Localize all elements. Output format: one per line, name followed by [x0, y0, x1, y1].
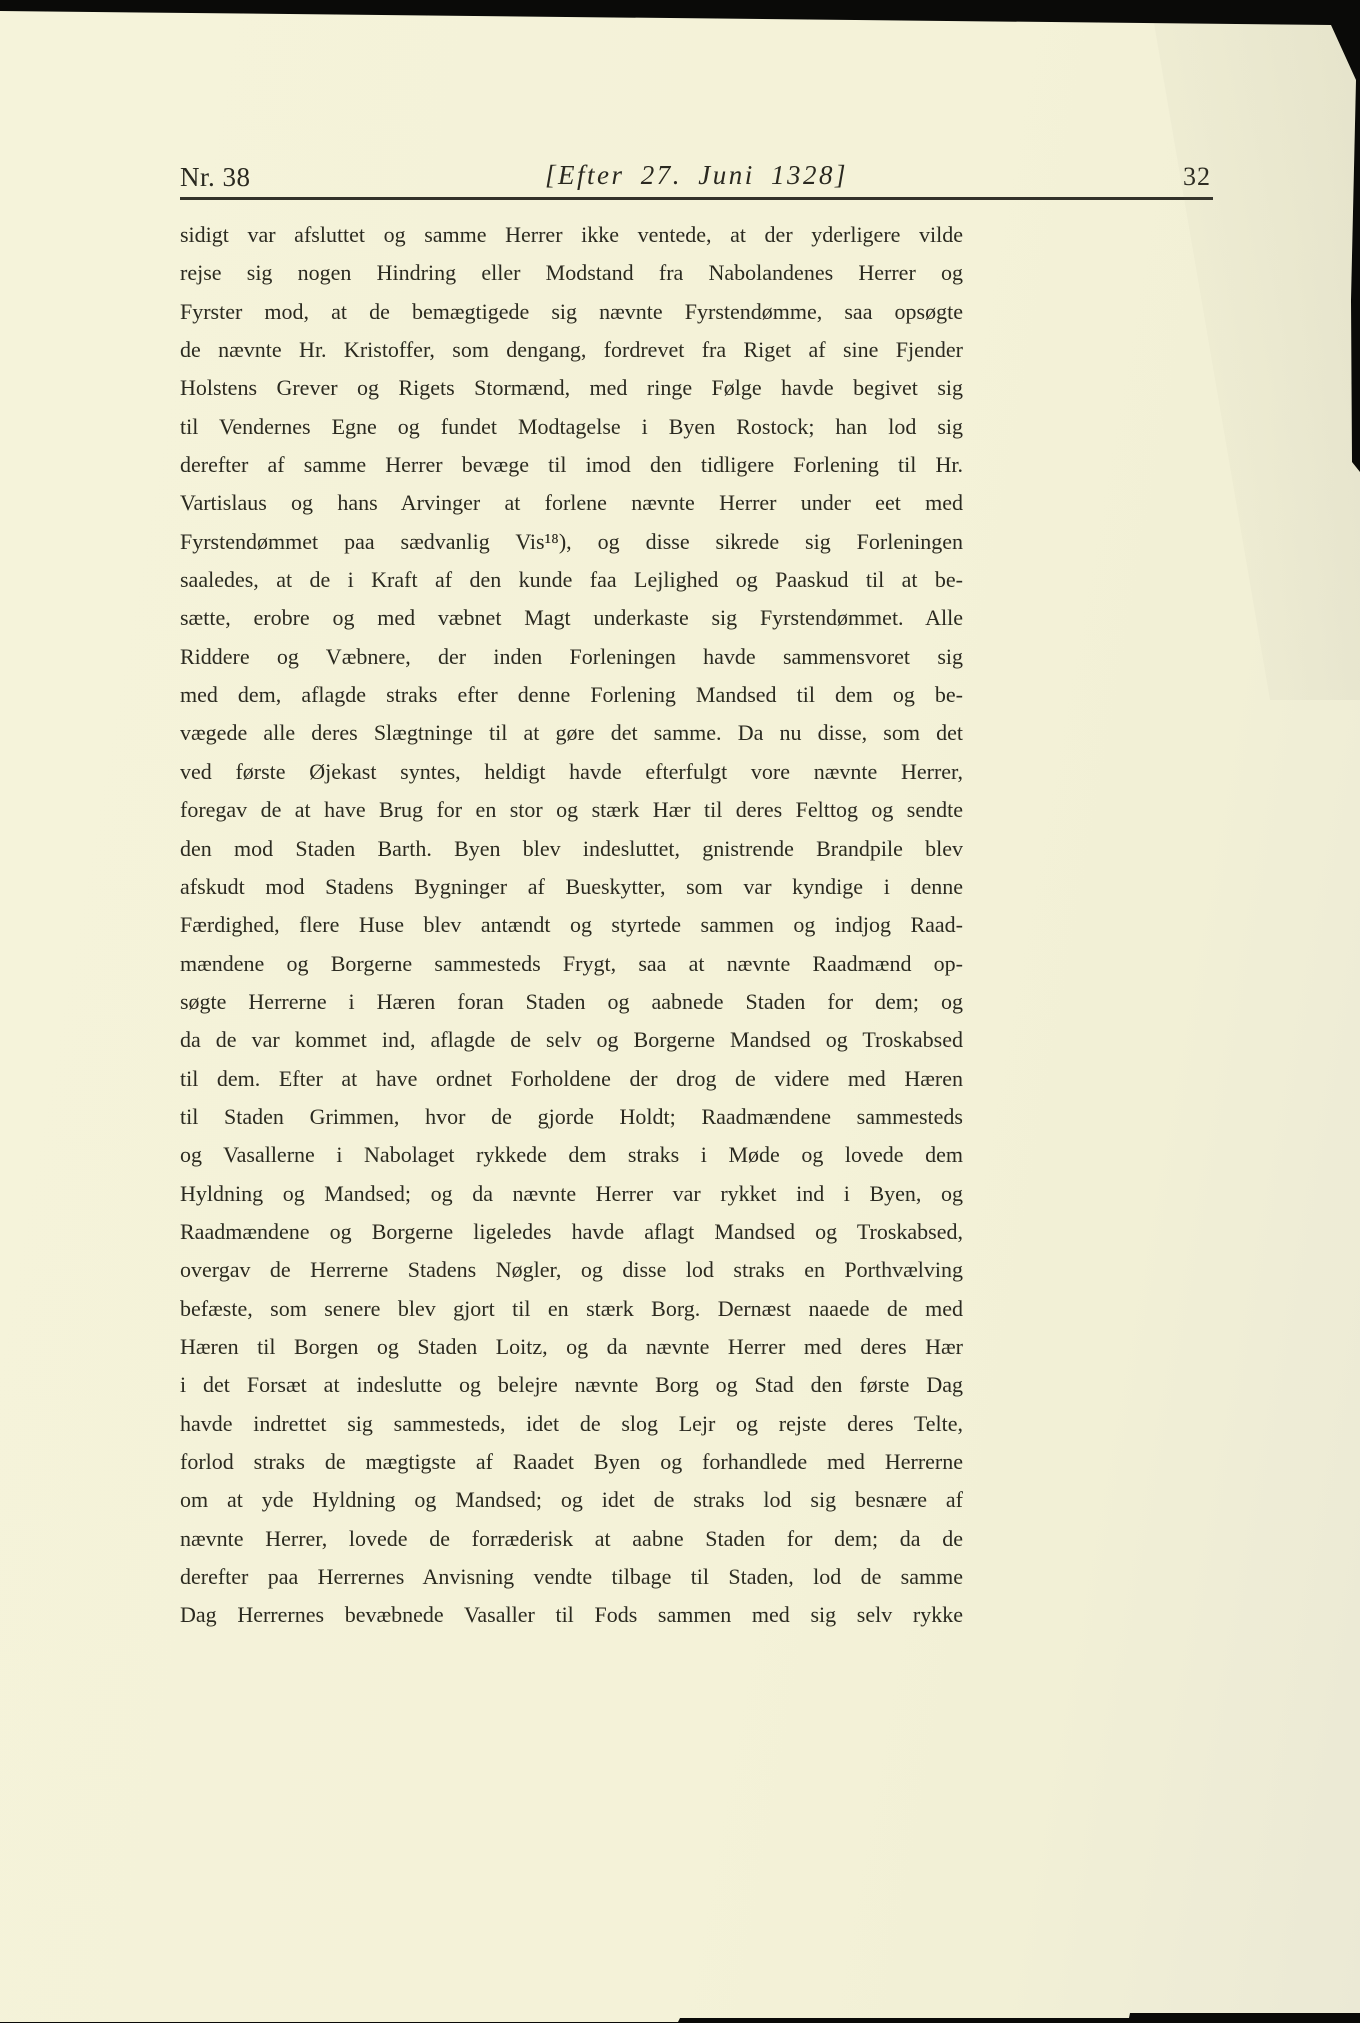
- text-line: de nævnte Hr. Kristoffer, som dengang, f…: [180, 331, 963, 369]
- text-line: vægede alle deres Slægtninge til at gøre…: [180, 714, 963, 752]
- scan-edge-shadow: [1150, 0, 1360, 700]
- text-line: derefter paa Herrernes Anvisning vendte …: [180, 1558, 963, 1596]
- text-line: Dag Herrernes bevæbnede Vasaller til Fod…: [180, 1596, 963, 1634]
- text-line: saaledes, at de i Kraft af den kunde faa…: [180, 561, 963, 599]
- text-line: overgav de Herrerne Stadens Nøgler, og d…: [180, 1251, 963, 1289]
- text-line: da de var kommet ind, aflagde de selv og…: [180, 1021, 963, 1059]
- text-line: om at yde Hyldning og Mandsed; og idet d…: [180, 1481, 963, 1519]
- text-line: i det Forsæt at indeslutte og belejre næ…: [180, 1366, 963, 1404]
- text-line: nævnte Herrer, lovede de forræderisk at …: [180, 1520, 963, 1558]
- text-line: Holstens Grever og Rigets Stormænd, med …: [180, 369, 963, 407]
- text-line: til dem. Efter at have ordnet Forholdene…: [180, 1060, 963, 1098]
- text-line: afskudt mod Stadens Bygninger af Bueskyt…: [180, 868, 963, 906]
- text-line: havde indrettet sig sammesteds, idet de …: [180, 1405, 963, 1443]
- text-line: sidigt var afsluttet og samme Herrer ikk…: [180, 216, 963, 254]
- text-line: Færdighed, flere Huse blev antændt og st…: [180, 906, 963, 944]
- text-line: den mod Staden Barth. Byen blev indeslut…: [180, 830, 963, 868]
- text-line: sætte, erobre og med væbnet Magt underka…: [180, 599, 963, 637]
- scan-background: Nr. 38 [Efter 27. Juni 1328] 32 sidigt v…: [0, 0, 1360, 2023]
- date-heading: [Efter 27. Juni 1328]: [180, 160, 1213, 191]
- page-paper: Nr. 38 [Efter 27. Juni 1328] 32 sidigt v…: [0, 0, 1360, 2023]
- body-text: sidigt var afsluttet og samme Herrer ikk…: [180, 216, 963, 1635]
- text-line: Raadmændene og Borgerne ligeledes havde …: [180, 1213, 963, 1251]
- text-line: Vartislaus og hans Arvinger at forlene n…: [180, 484, 963, 522]
- page-number: 32: [1183, 162, 1211, 192]
- text-line: Fyrster mod, at de bemægtigede sig nævnt…: [180, 293, 963, 331]
- text-line: til Staden Grimmen, hvor de gjorde Holdt…: [180, 1098, 963, 1136]
- text-line: mændene og Borgerne sammesteds Frygt, sa…: [180, 945, 963, 983]
- text-line: Riddere og Væbnere, der inden Forleninge…: [180, 638, 963, 676]
- text-line: ved første Øjekast syntes, heldigt havde…: [180, 753, 963, 791]
- text-line: forlod straks de mægtigste af Raadet Bye…: [180, 1443, 963, 1481]
- text-line: foregav de at have Brug for en stor og s…: [180, 791, 963, 829]
- text-line: søgte Herrerne i Hæren foran Staden og a…: [180, 983, 963, 1021]
- text-line: rejse sig nogen Hindring eller Modstand …: [180, 254, 963, 292]
- text-line: Hæren til Borgen og Staden Loitz, og da …: [180, 1328, 963, 1366]
- text-line: til Vendernes Egne og fundet Modtagelse …: [180, 408, 963, 446]
- header-rule: [180, 197, 1213, 200]
- text-line: Fyrstendømmet paa sædvanlig Vis¹⁸), og d…: [180, 523, 963, 561]
- text-line: Hyldning og Mandsed; og da nævnte Herrer…: [180, 1175, 963, 1213]
- text-line: befæste, som senere blev gjort til en st…: [180, 1290, 963, 1328]
- text-line: derefter af samme Herrer bevæge til imod…: [180, 446, 963, 484]
- text-line: og Vasallerne i Nabolaget rykkede dem st…: [180, 1136, 963, 1174]
- page-header: Nr. 38 [Efter 27. Juni 1328] 32: [180, 160, 1213, 200]
- text-line: med dem, aflagde straks efter denne Forl…: [180, 676, 963, 714]
